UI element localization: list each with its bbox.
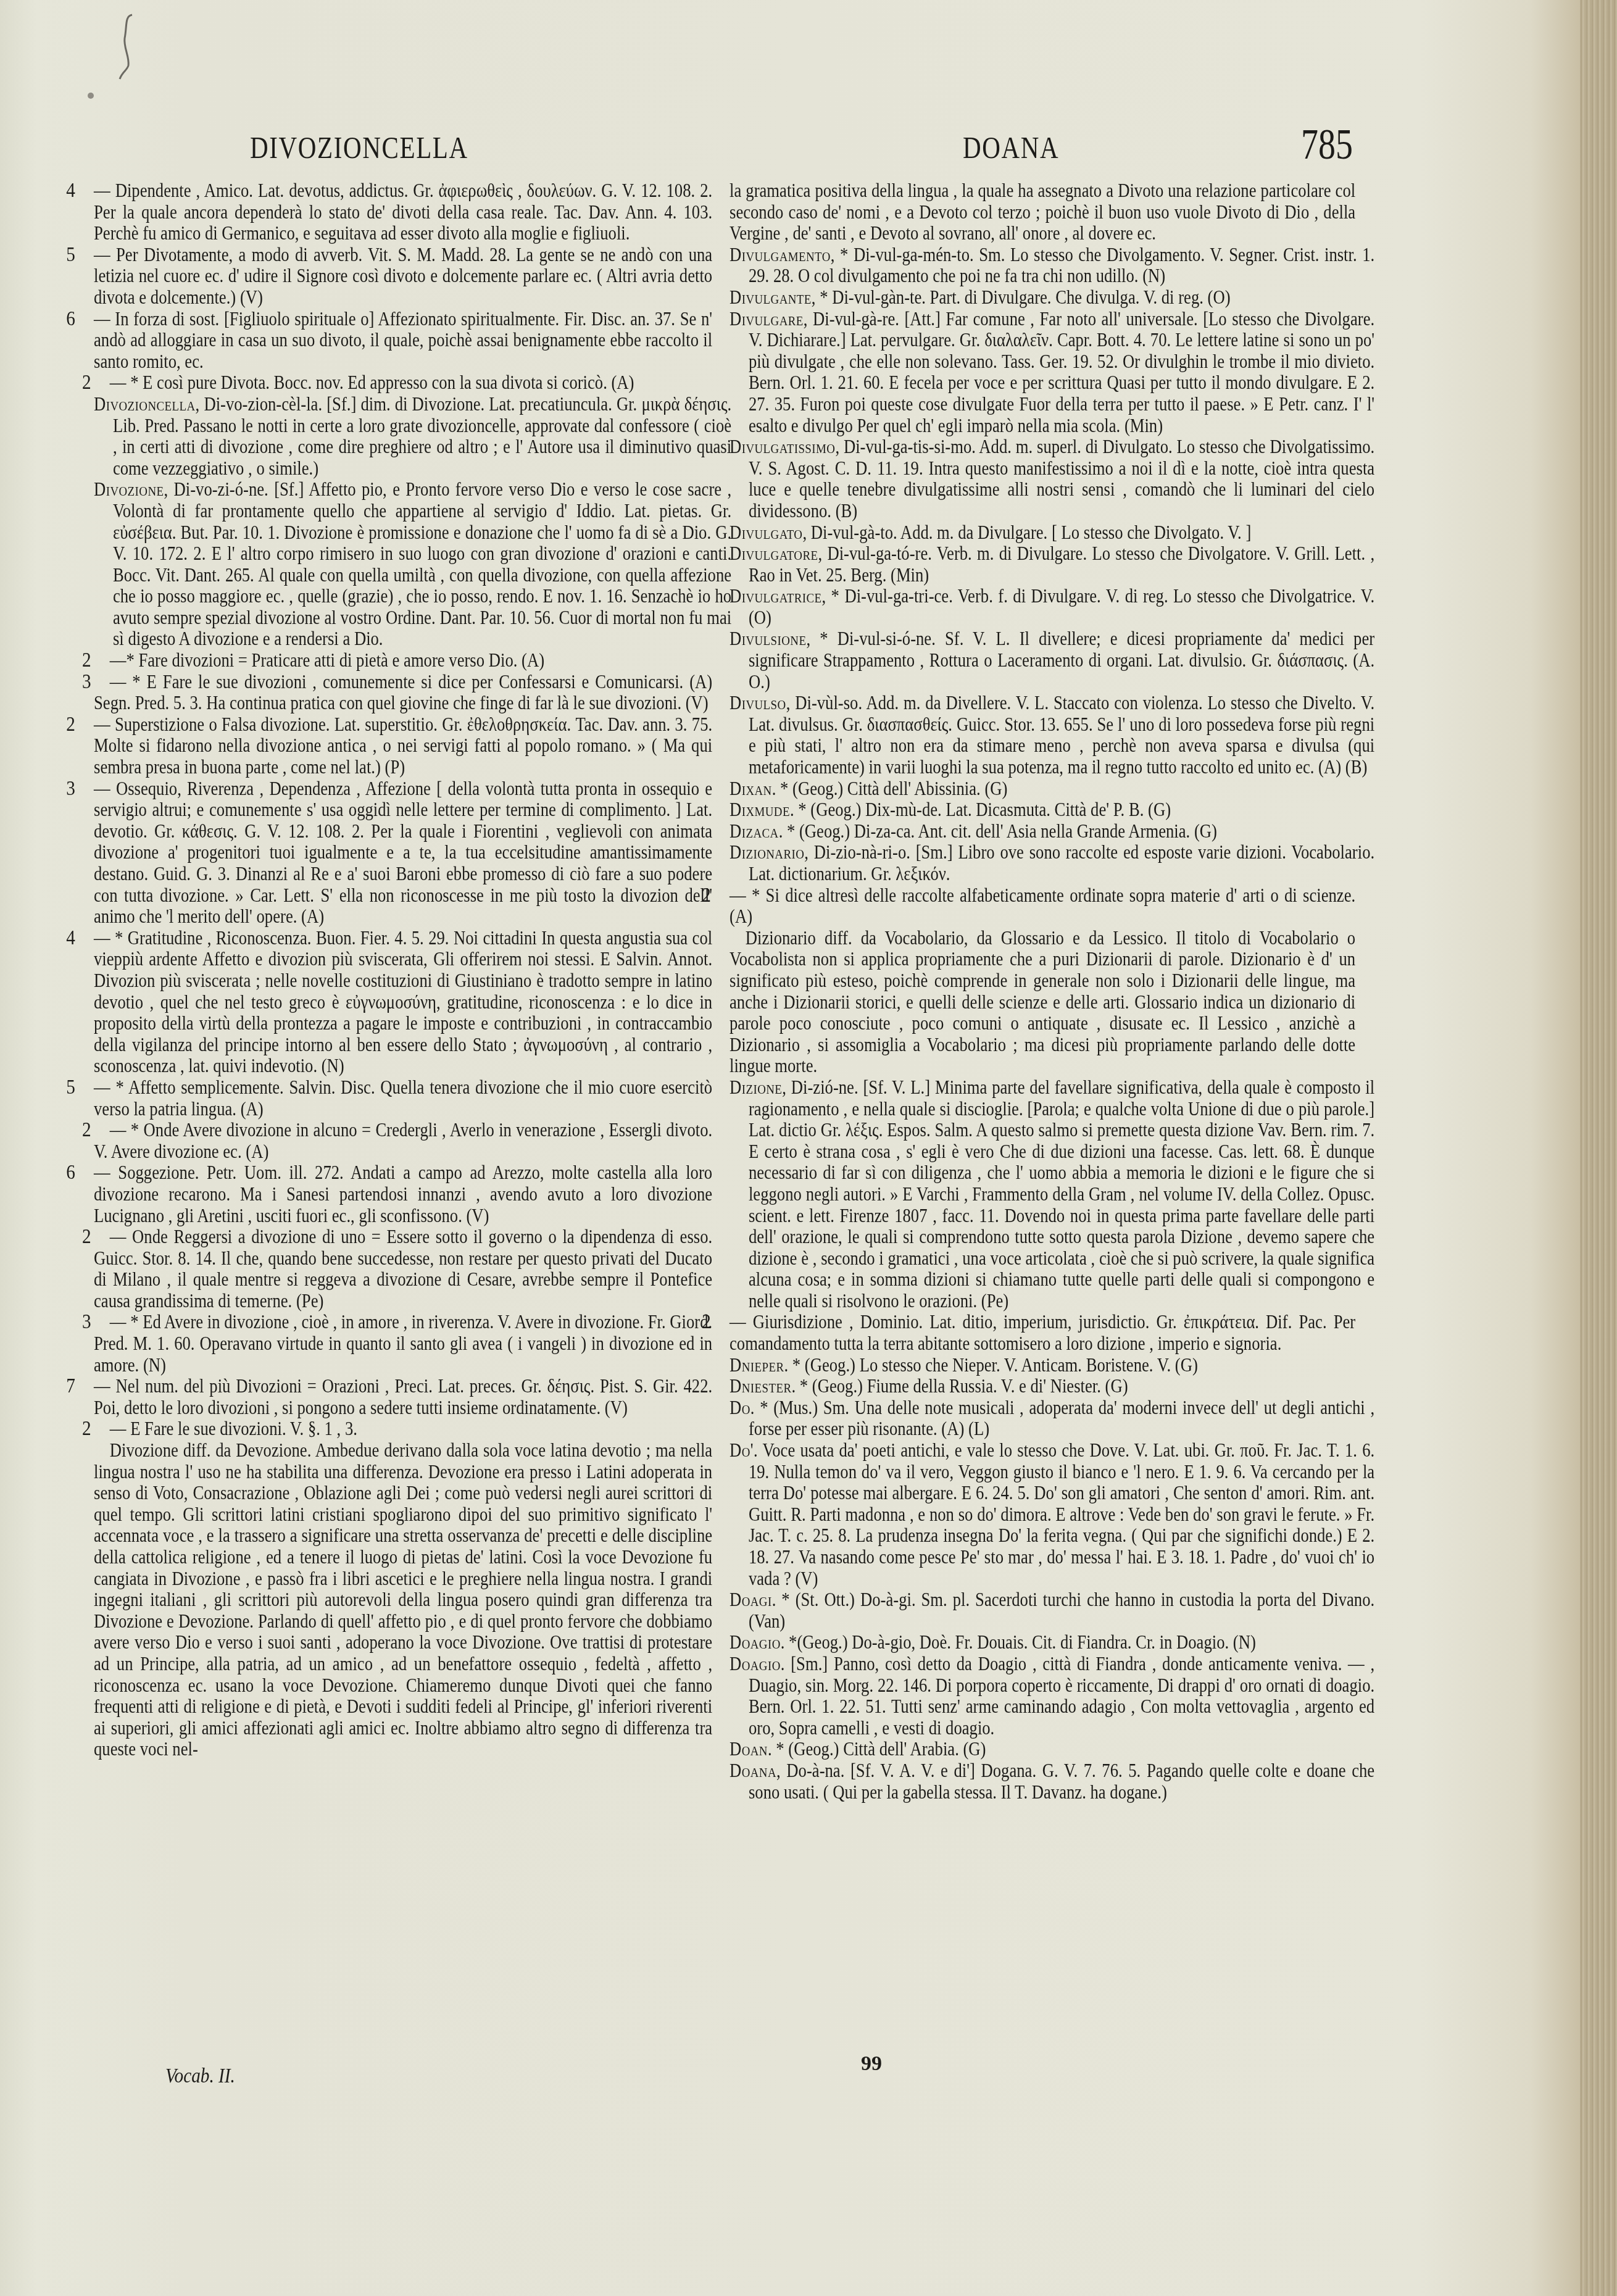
entry-text: . * (Geog.) Città dell' Abissinia. (G) [772, 778, 1008, 799]
entry-text: — Superstizione o Falsa divozione. Lat. … [94, 713, 712, 778]
sense-number: 2 [66, 372, 91, 394]
dictionary-entry: Doagi. * (St. Ott.) Do-à-gi. Sm. pl. Sac… [730, 1589, 1374, 1632]
entry-text: . *(Geog.) Do-à-gio, Doè. Fr. Douais. Ci… [781, 1631, 1256, 1653]
entry-text: — In forza di sost. [Figliuolo spiritual… [94, 308, 712, 372]
entry-text: — * Ed Avere in divozione , cioè , in am… [94, 1311, 712, 1375]
dictionary-entry: Divulgamento, * Di-vul-ga-mén-to. Sm. Lo… [730, 244, 1374, 287]
sense-number: 2 [66, 1120, 91, 1141]
headword: Divulgante [730, 286, 812, 308]
headword: Divulgamento [730, 244, 831, 265]
entry-text: — Nel num. del più Divozioni = Orazioni … [94, 1375, 712, 1418]
headword: Doagio [730, 1631, 781, 1653]
headword: Dnieper [730, 1354, 784, 1376]
sense-paragraph: 2— Superstizione o Falsa divozione. Lat.… [94, 714, 712, 778]
entry-text: , Di-zió-ne. [Sf. V. L.] Minima parte de… [749, 1076, 1374, 1312]
headword: Dniester [730, 1375, 791, 1397]
sense-paragraph: 4— * Gratitudine , Riconoscenza. Buon. F… [94, 928, 712, 1077]
entry-text: — Dipendente , Amico. Lat. devotus, addi… [94, 180, 712, 244]
entry-text: — * Onde Avere divozione in alcuno = Cre… [94, 1119, 712, 1162]
entry-text: — Soggezione. Petr. Uom. ill. 272. Andat… [94, 1162, 712, 1226]
entry-text: . * (Geog.) Di-za-ca. Ant. cit. dell' As… [779, 820, 1217, 842]
dictionary-entry: Divozione, Di-vo-zi-ó-ne. [Sf.] Affetto … [94, 479, 731, 650]
sense-paragraph: 2— * E così pure Divota. Bocc. nov. Ed a… [94, 372, 712, 394]
sense-paragraph: 2— Onde Reggersi a divozione di uno = Es… [94, 1226, 712, 1312]
entry-text: — E Fare le sue divozioni. V. §. 1 , 3. [110, 1418, 357, 1439]
sense-paragraph: 3— * E Fare le sue divozioni , comunemen… [94, 672, 712, 714]
entry-text: — * E così pure Divota. Bocc. nov. Ed ap… [110, 372, 634, 393]
dictionary-entry: Divulgare, Di-vul-gà-re. [Att.] Far comu… [730, 309, 1374, 437]
entry-text: . * (Geog.) Città dell' Arabia. (G) [768, 1738, 986, 1760]
headword: Dixmude [730, 799, 790, 820]
sense-number: 3 [66, 778, 75, 800]
dictionary-entry: Dixmude. * (Geog.) Dix-mù-de. Lat. Dicas… [730, 799, 1374, 821]
headword: Dixan [730, 778, 772, 799]
continued-text: la gramatica positiva della lingua , la … [730, 180, 1355, 244]
headword: Divulso [730, 692, 786, 713]
dictionary-entry: Divulgatore, Di-vul-ga-tó-re. Verb. m. d… [730, 543, 1374, 586]
dictionary-entry: Doana, Do-à-na. [Sf. V. A. V. e di'] Dog… [730, 1760, 1374, 1803]
entry-text: la gramatica positiva della lingua , la … [730, 180, 1355, 244]
entry-text: Divozione diff. da Devozione. Ambedue de… [94, 1439, 712, 1760]
dictionary-entry: Divulgato, Di-vul-gà-to. Add. m. da Divu… [730, 522, 1374, 544]
right-column: la gramatica positiva della lingua , la … [730, 180, 1355, 1803]
sense-number: 2 [66, 1226, 91, 1248]
entry-text: — Giurisdizione , Dominio. Lat. ditio, i… [730, 1311, 1355, 1354]
entry-text: — * E Fare le sue divozioni , comunement… [94, 671, 712, 714]
entry-text: . * (Geog.) Fiume della Russia. V. e di'… [791, 1375, 1128, 1397]
entry-text: , * Di-vul-ga-mén-to. Sm. Lo stesso che … [749, 244, 1374, 287]
sense-paragraph: 5— * Affetto semplicemente. Salvin. Disc… [94, 1077, 712, 1120]
folio-mark: 99 [861, 2052, 882, 2076]
entry-text: , * Di-vul-gàn-te. Part. di Divulgare. C… [812, 286, 1231, 308]
entry-text: , * Di-vul-si-ó-ne. Sf. V. L. Il divelle… [749, 628, 1374, 692]
dictionary-entry: Do'. Voce usata da' poeti antichi, e val… [730, 1440, 1374, 1589]
usage-note: Dizionario diff. da Vocabolario, da Glos… [730, 928, 1355, 1077]
dictionary-entry: Divozioncella, Di-vo-zion-cèl-la. [Sf.] … [94, 394, 731, 479]
entry-text: . Voce usata da' poeti antichi, e vale l… [749, 1439, 1374, 1589]
headword: Divozione [94, 478, 164, 500]
headword: Do [730, 1397, 750, 1418]
entry-text: . * (Mus.) Sm. Una delle note musicali ,… [749, 1397, 1374, 1440]
dictionary-entry: Doagio. [Sm.] Panno, così detto da Doagi… [730, 1653, 1374, 1739]
dictionary-entry: Dnieper. * (Geog.) Lo stesso che Nieper.… [730, 1355, 1374, 1376]
entry-text: , * Di-vul-ga-tri-ce. Verb. f. di Divulg… [749, 585, 1374, 628]
sense-number: 4 [66, 180, 75, 202]
entry-text: — Per Divotamente, a modo di avverb. Vit… [94, 244, 712, 308]
sense-number: 5 [66, 244, 75, 266]
entry-text: . * (Geog.) Dix-mù-de. Lat. Dicasmuta. C… [790, 799, 1171, 820]
sense-number: 2 [66, 650, 91, 672]
entry-text: , Di-vul-ga-tis-si-mo. Add. m. superl. d… [749, 436, 1374, 522]
sense-paragraph: 2— * Onde Avere divozione in alcuno = Cr… [94, 1120, 712, 1162]
sense-number: 3 [66, 1312, 91, 1333]
entry-text: — * Si dice altresì delle raccolte alfab… [730, 884, 1355, 928]
dictionary-entry: Dizaca. * (Geog.) Di-za-ca. Ant. cit. de… [730, 821, 1374, 842]
entry-text: , Do-à-na. [Sf. V. A. V. e di'] Dogana. … [749, 1760, 1374, 1803]
dictionary-entry: Dniester. * (Geog.) Fiume della Russia. … [730, 1376, 1374, 1397]
entry-text: . * (St. Ott.) Do-à-gi. Sm. pl. Sacerdot… [749, 1589, 1374, 1632]
usage-note: Divozione diff. da Devozione. Ambedue de… [94, 1440, 712, 1760]
headword: Divulgato [730, 522, 802, 543]
sense-paragraph: 2— E Fare le sue divozioni. V. §. 1 , 3. [94, 1418, 712, 1440]
dictionary-entry: Divulso, Di-vùl-so. Add. m. da Divellere… [730, 693, 1374, 778]
entry-text: . * (Geog.) Lo stesso che Nieper. V. Ant… [784, 1354, 1197, 1376]
dictionary-entry: Dizionario, Di-zio-nà-ri-o. [Sm.] Libro … [730, 842, 1374, 884]
ink-flourish-mark [111, 14, 136, 81]
entry-text: — * Gratitudine , Riconoscenza. Buon. Fi… [94, 927, 712, 1077]
headword: Dizionario [730, 841, 804, 863]
entry-text: , Di-vo-zi-ó-ne. [Sf.] Affetto pio, e Pr… [113, 478, 731, 649]
headword: Doana [730, 1760, 776, 1781]
sense-paragraph: 3— * Ed Avere in divozione , cioè , in a… [94, 1312, 712, 1376]
sense-number: 5 [66, 1077, 75, 1099]
sense-number: 2 [702, 885, 711, 907]
sense-number: 6 [66, 1162, 75, 1184]
page-edge-binding [1580, 0, 1617, 2296]
dictionary-entry: Doagio. *(Geog.) Do-à-gio, Doè. Fr. Doua… [730, 1632, 1374, 1653]
sense-paragraph: 4— Dipendente , Amico. Lat. devotus, add… [94, 180, 712, 244]
entry-text: —* Fare divozioni = Praticare atti di pi… [110, 649, 544, 671]
headword: Divulgatore [730, 543, 818, 564]
headword: Divulgatissimo [730, 436, 835, 457]
sense-number: 2 [702, 1312, 711, 1333]
headword: Divulgatrice [730, 585, 821, 607]
sense-number: 2 [66, 714, 75, 736]
running-head-left: DIVOZIONCELLA [250, 130, 468, 165]
sense-paragraph: 3— Ossequio, Riverenza , Dependenza , Af… [94, 778, 712, 928]
entry-text: — Ossequio, Riverenza , Dependenza , Aff… [94, 778, 712, 928]
headword: Doagio [730, 1653, 781, 1674]
entry-text: — Onde Reggersi a divozione di uno = Ess… [94, 1226, 712, 1312]
dictionary-entry: Dixan. * (Geog.) Città dell' Abissinia. … [730, 778, 1374, 800]
sense-paragraph: 6— In forza di sost. [Figliuolo spiritua… [94, 309, 712, 373]
dictionary-entry: Dizione, Di-zió-ne. [Sf. V. L.] Minima p… [730, 1077, 1374, 1312]
sense-paragraph: 2—* Fare divozioni = Praticare atti di p… [94, 650, 712, 672]
sense-number: 4 [66, 928, 75, 949]
entry-text: , Di-vùl-so. Add. m. da Divellere. V. L.… [749, 692, 1374, 778]
entry-text: , Di-zio-nà-ri-o. [Sm.] Libro ove sono r… [749, 841, 1374, 884]
headword: Divulgare [730, 308, 804, 330]
headword: Doagi [730, 1589, 772, 1610]
ink-spot [88, 93, 94, 99]
sense-paragraph: 6— Soggezione. Petr. Uom. ill. 272. Anda… [94, 1162, 712, 1226]
running-head-right: DOANA [963, 130, 1059, 165]
sense-number: 2 [66, 1418, 91, 1440]
headword: Do' [730, 1439, 754, 1461]
left-column: 4— Dipendente , Amico. Lat. devotus, add… [94, 180, 712, 1760]
entry-text: . [Sm.] Panno, così detto da Doagio , ci… [749, 1653, 1374, 1739]
dictionary-entry: Divulgatrice, * Di-vul-ga-tri-ce. Verb. … [730, 586, 1374, 628]
dictionary-entry: Divulgante, * Di-vul-gàn-te. Part. di Di… [730, 287, 1374, 309]
dictionary-entry: Doan. * (Geog.) Città dell' Arabia. (G) [730, 1739, 1374, 1760]
headword: Doan [730, 1738, 768, 1760]
sense-number: 3 [66, 672, 91, 693]
signature-mark: Vocab. II. [165, 2065, 235, 2088]
dictionary-entry: Do. * (Mus.) Sm. Una delle note musicali… [730, 1397, 1374, 1440]
headword: Divulsione [730, 628, 806, 649]
entry-text: — * Affetto semplicemente. Salvin. Disc.… [94, 1076, 712, 1120]
headword: Dizaca [730, 820, 779, 842]
sense-number: 6 [66, 309, 75, 330]
headword: Divozioncella [94, 393, 196, 415]
dictionary-entry: Divulgatissimo, Di-vul-ga-tis-si-mo. Add… [730, 436, 1374, 522]
sense-paragraph: 5— Per Divotamente, a modo di avverb. Vi… [94, 244, 712, 309]
sense-paragraph: 2— * Si dice altresì delle raccolte alfa… [730, 885, 1355, 928]
entry-text: , Di-vo-zion-cèl-la. [Sf.] dim. di Divoz… [113, 393, 731, 479]
headword: Dizione [730, 1076, 782, 1098]
sense-paragraph: 2— Giurisdizione , Dominio. Lat. ditio, … [730, 1312, 1355, 1354]
sense-number: 7 [66, 1376, 75, 1397]
sense-paragraph: 7— Nel num. del più Divozioni = Orazioni… [94, 1376, 712, 1418]
entry-text: , Di-vul-gà-to. Add. m. da Divulgare. [ … [802, 522, 1251, 543]
entry-text: , Di-vul-ga-tó-re. Verb. m. di Divulgare… [749, 543, 1374, 586]
entry-text: Dizionario diff. da Vocabolario, da Glos… [730, 927, 1355, 1077]
dictionary-entry: Divulsione, * Di-vul-si-ó-ne. Sf. V. L. … [730, 628, 1374, 693]
entry-text: , Di-vul-gà-re. [Att.] Far comune , Far … [749, 308, 1374, 436]
page-number: 785 [1301, 120, 1353, 170]
